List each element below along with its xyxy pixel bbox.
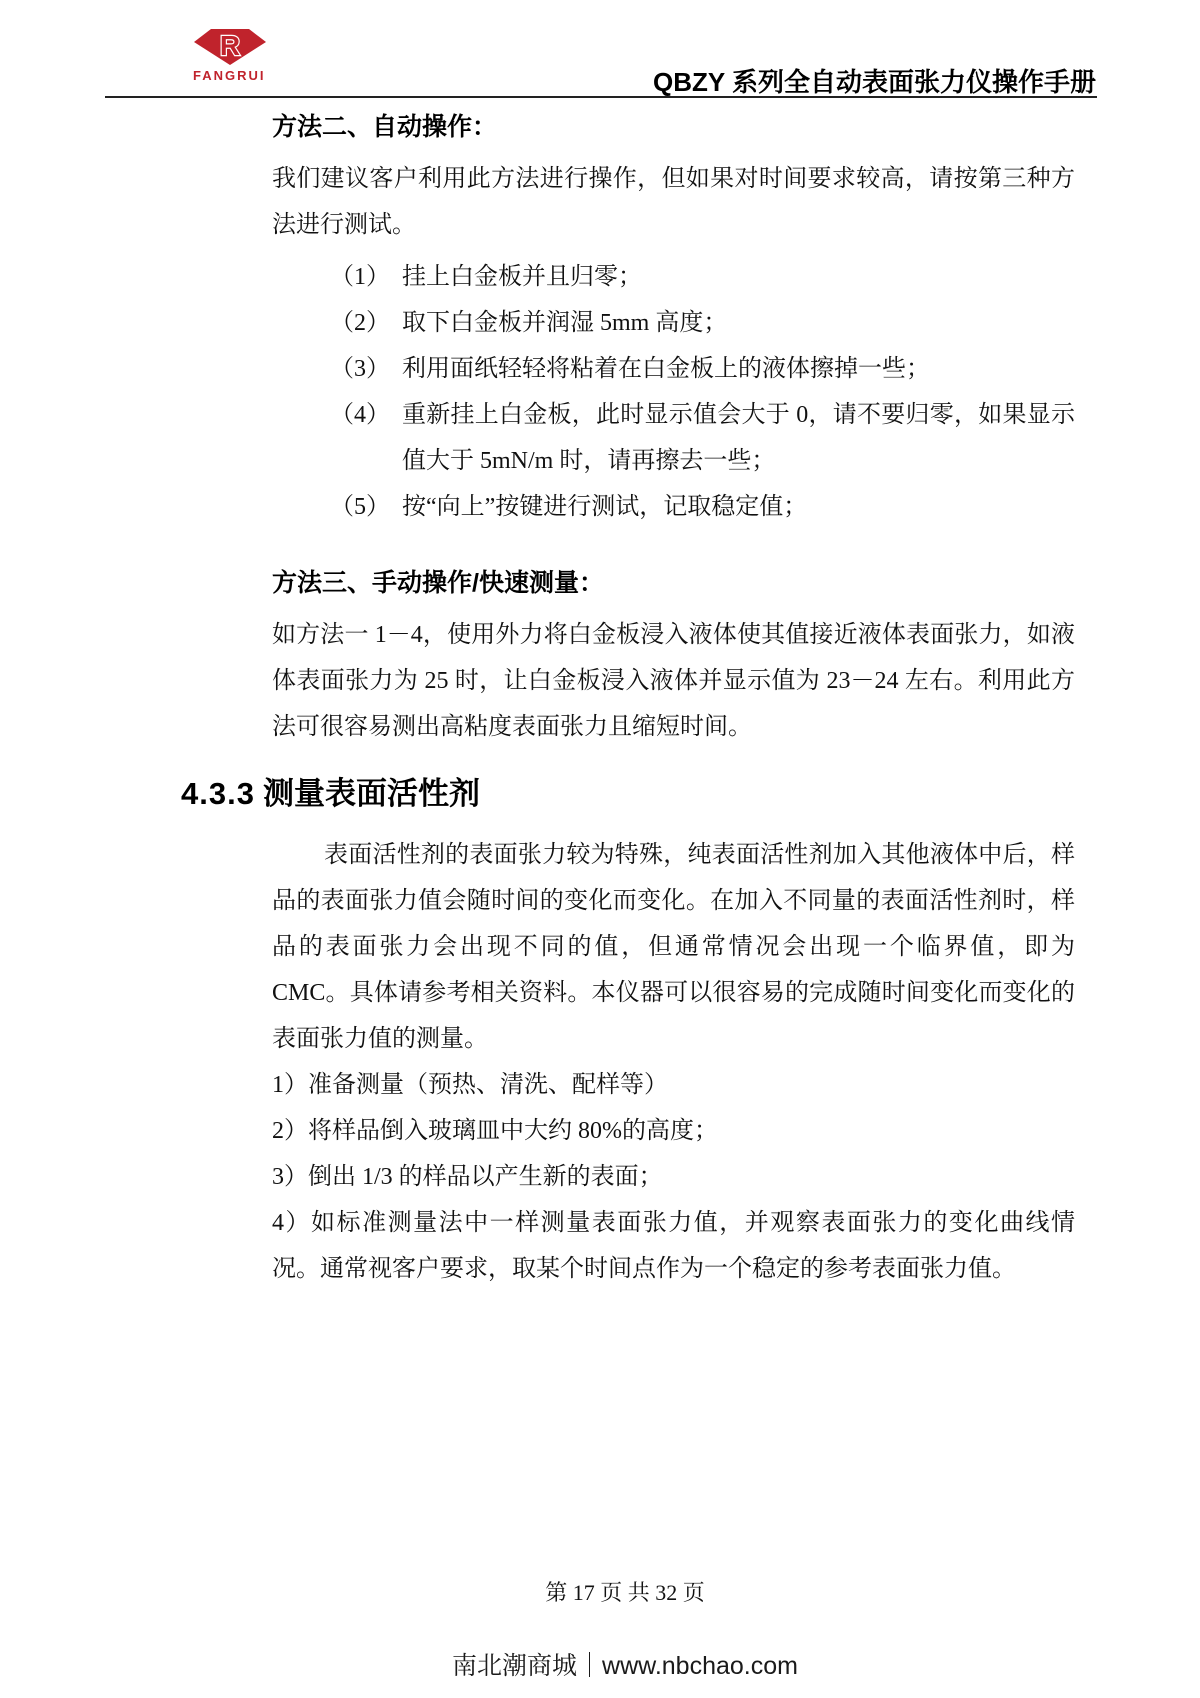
site-watermark: 南北潮商城｜www.nbchao.com [50, 1646, 1200, 1682]
step-text: 利用面纸轻轻将粘着在白金板上的液体擦掉一些； [402, 346, 1075, 392]
method2-step: （2） 取下白金板并润湿 5mm 高度； [272, 300, 1075, 346]
method2-step: （3） 利用面纸轻轻将粘着在白金板上的液体擦掉一些； [272, 346, 1075, 392]
page-content: 方法二、自动操作： 我们建议客户利用此方法进行操作，但如果对时间要求较高，请按第… [272, 0, 1075, 1292]
section-number: 4.3.3 [181, 776, 255, 811]
step-text: 重新挂上白金板，此时显示值会大于 0，请不要归零，如果显示值大于 5mN/m 时… [402, 392, 1075, 484]
method2-heading: 方法二、自动操作： [272, 110, 1075, 144]
section-4-3-3-paragraph: 表面活性剂的表面张力较为特殊，纯表面活性剂加入其他液体中后，样品的表面张力值会随… [272, 832, 1075, 1062]
step-number: （5） [330, 484, 402, 530]
step-text: 挂上白金板并且归零； [402, 254, 1075, 300]
method3-body: 如方法一 1－4，使用外力将白金板浸入液体使其值接近液体表面张力，如液体表面张力… [272, 612, 1075, 750]
brand-logo: R FANGRUI [193, 26, 283, 83]
section-title: 测量表面活性剂 [263, 776, 480, 811]
step-number: （3） [330, 346, 402, 392]
section-4-3-3-step-list: 1）准备测量（预热、清洗、配样等） 2）将样品倒入玻璃皿中大约 80%的高度； … [272, 1062, 1075, 1292]
method2-step: （5） 按“向上”按键进行测试，记取稳定值； [272, 484, 1075, 530]
numbered-step: 2）将样品倒入玻璃皿中大约 80%的高度； [272, 1108, 1075, 1154]
page-number: 第 17 页 共 32 页 [50, 1576, 1200, 1607]
numbered-step: 4）如标准测量法中一样测量表面张力值，并观察表面张力的变化曲线情况。通常视客户要… [272, 1200, 1075, 1292]
logo-letter: R [220, 30, 240, 61]
step-number: （4） [330, 392, 402, 484]
step-number: （1） [330, 254, 402, 300]
step-text: 取下白金板并润湿 5mm 高度； [402, 300, 1075, 346]
method3-heading: 方法三、手动操作/快速测量： [272, 566, 1075, 600]
method2-step-list: （1） 挂上白金板并且归零； （2） 取下白金板并润湿 5mm 高度； （3） … [272, 254, 1075, 530]
method2-step: （4） 重新挂上白金板，此时显示值会大于 0，请不要归零，如果显示值大于 5mN… [272, 392, 1075, 484]
brand-name: FANGRUI [193, 68, 283, 83]
manual-page: R FANGRUI QBZY 系列全自动表面张力仪操作手册 方法二、自动操作： … [0, 0, 1200, 1698]
step-number: （2） [330, 300, 402, 346]
numbered-step: 1）准备测量（预热、清洗、配样等） [272, 1062, 1075, 1108]
section-4-3-3-heading: 4.3.3测量表面活性剂 [181, 772, 984, 816]
step-text: 按“向上”按键进行测试，记取稳定值； [402, 484, 1075, 530]
method2-intro: 我们建议客户利用此方法进行操作，但如果对时间要求较高，请按第三种方法进行测试。 [272, 156, 1075, 248]
numbered-step: 3）倒出 1/3 的样品以产生新的表面； [272, 1154, 1075, 1200]
diamond-gem-icon: R [193, 26, 267, 66]
method2-step: （1） 挂上白金板并且归零； [272, 254, 1075, 300]
